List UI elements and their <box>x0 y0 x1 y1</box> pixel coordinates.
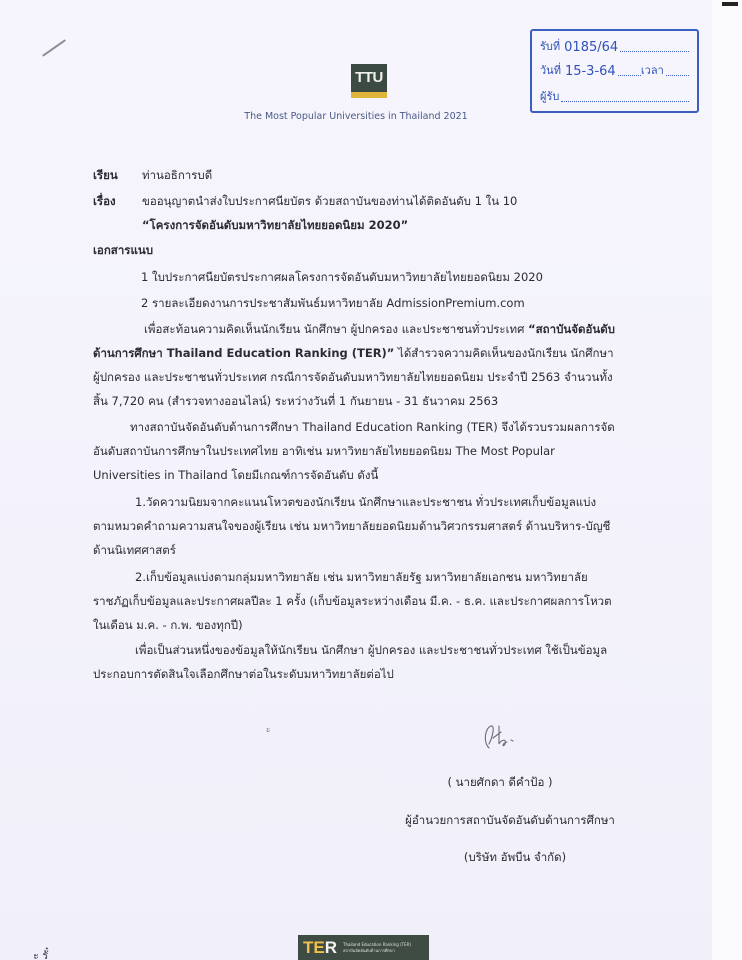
signature-image <box>481 722 523 752</box>
stamp-date-value: 15-3-64 <box>565 64 616 79</box>
criterion-1-line: 1.วัดความนิยมจากคะแนนโหวตของนักเรียน นัก… <box>135 495 596 509</box>
signatory-name: ( นายศักดา ดีคำป้อ ) <box>400 774 600 792</box>
stamp-time-label: เวลา <box>641 61 664 79</box>
criterion-2-line: ในเดือน ม.ค. - ก.พ. ของทุกปี) <box>93 618 243 632</box>
receipt-stamp: รับที่ 0185/64 วันที่ 15-3-64 เวลา ผู้รั… <box>530 29 699 113</box>
stamp-received-no-value: 0185/64 <box>564 40 618 55</box>
criterion-1-line: ตามหมวดคำถามความสนใจของผู้เรียน เช่น มหา… <box>93 519 610 533</box>
ter-logo: TER Thailand Education Ranking (TER) สถา… <box>298 935 429 960</box>
subject-line-2: “โครงการจัดอันดับมหาวิทยาลัยไทยยอดนิยม 2… <box>142 218 408 232</box>
stamp-receiver: ผู้รับ <box>540 87 689 105</box>
signatory-company: (บริษัท อัพบีน จำกัด) <box>400 849 630 867</box>
paragraph-1-line-1: เพื่อสะท้อนความคิดเห็นนักเรียน นักศึกษา … <box>144 322 615 336</box>
criterion-2-line: ราชภัฏเก็บข้อมูลและประกาศผลปีละ 1 ครั้ง … <box>93 594 612 608</box>
paragraph-1-line-2: ด้านการศึกษา Thailand Education Ranking … <box>93 346 614 360</box>
attachments-label: เอกสารแนบ <box>93 243 153 257</box>
to-value: ท่านอธิการบดี <box>142 168 212 182</box>
closing-line: ประกอบการตัดสินใจเลือกศึกษาต่อในระดับมหา… <box>93 667 394 681</box>
paragraph-2-line: ทางสถาบันจัดอันดับด้านการศึกษา Thailand … <box>130 420 615 434</box>
page-edge <box>712 0 742 960</box>
to-label: เรียน <box>93 168 118 182</box>
ttu-logo: TTU <box>351 64 387 98</box>
header-tagline: The Most Popular Universities in Thailan… <box>0 111 712 122</box>
subject-line-1: ขออนุญาตนำส่งใบประกาศนียบัตร ด้วยสถาบันข… <box>142 194 517 208</box>
stamp-received-no: รับที่ 0185/64 <box>540 37 689 55</box>
signatory-position: ผู้อำนวยการสถาบันจัดอันดับด้านการศึกษา <box>380 812 640 830</box>
criterion-2-line: 2.เก็บข้อมูลแบ่งตามกลุ่มมหาวิทยาลัย เช่น… <box>135 570 588 584</box>
closing-line: เพื่อเป็นส่วนหนึ่งของข้อมูลให้นักเรียน น… <box>135 643 607 657</box>
edge-mark <box>722 2 738 6</box>
paragraph-2-line: อันดับสถาบันการศึกษาในประเทศไทย อาทิเช่น… <box>93 444 555 458</box>
scan-speck: ะ <box>266 723 270 737</box>
subject-label: เรื่อง <box>93 194 116 208</box>
corner-handwriting: ะ รั๋ <box>33 946 48 960</box>
stamp-date: วันที่ 15-3-64 เวลา <box>540 61 689 79</box>
paragraph-2-line: Universities in Thailand โดยมีเกณฑ์การจั… <box>93 468 378 482</box>
paragraph-1-line-3: ผู้ปกครอง และประชาชนทั่วประเทศ กรณีการจั… <box>93 370 613 384</box>
attachment-item: 2 รายละเอียดงานการประชาสัมพันธ์มหาวิทยาล… <box>141 296 525 310</box>
attachment-item: 1 ใบประกาศนียบัตรประกาศผลโครงการจัดอันดั… <box>141 270 543 284</box>
criterion-1-line: ด้านนิเทศศาสตร์ <box>93 543 176 557</box>
paragraph-1-line-4: สิ้น 7,720 คน (สำรวจทางออนไลน์) ระหว่างว… <box>93 394 498 408</box>
